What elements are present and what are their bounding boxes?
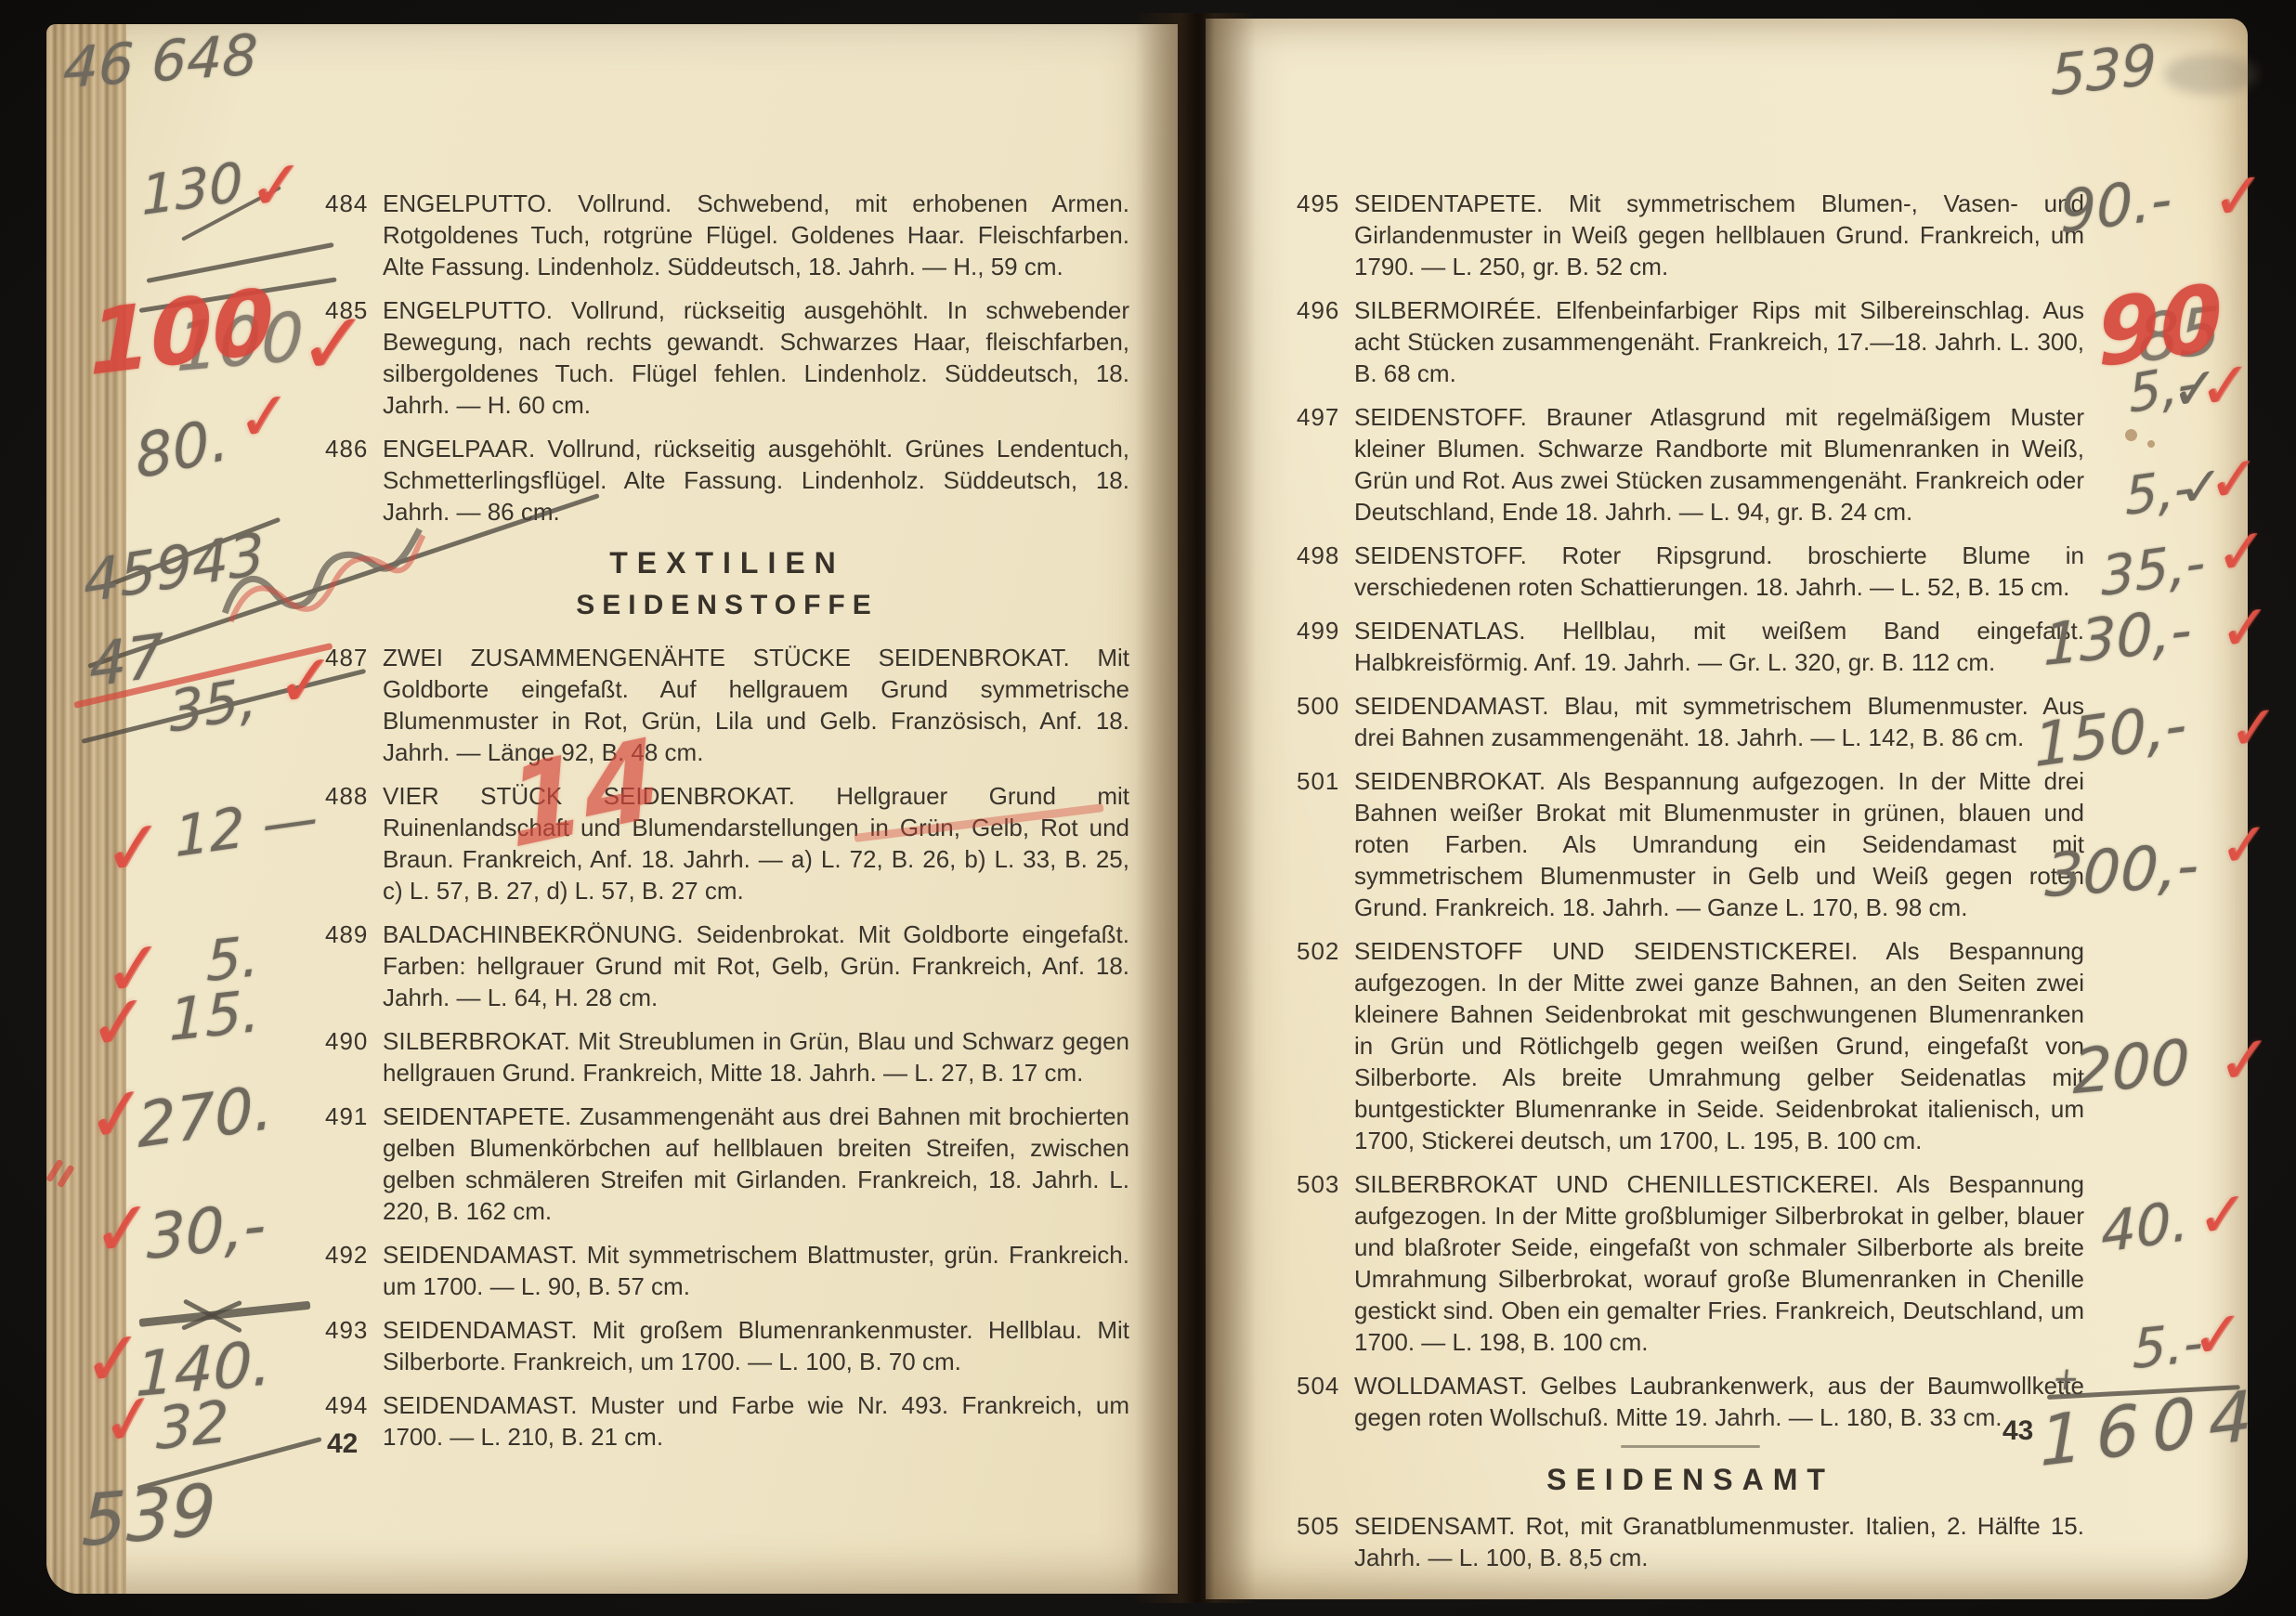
margin-note-price-40: 40. bbox=[2100, 1193, 2190, 1262]
entry-text: SEIDENBROKAT. Als Bespannung aufgezogen.… bbox=[1354, 767, 2084, 921]
catalog-entry-505: 505SEIDENSAMT. Rot, mit Granatblumenmust… bbox=[1297, 1510, 2084, 1573]
checkmark-icon: ✓ bbox=[2216, 520, 2265, 585]
entry-number: 494 bbox=[325, 1389, 383, 1421]
entry-number: 502 bbox=[1297, 935, 1354, 967]
section-divider-rule bbox=[1621, 1445, 1760, 1448]
entry-text: SEIDENSTOFF UND SEIDENSTICKEREI. Als Bes… bbox=[1354, 937, 2084, 1154]
checkmark-icon: ✓ bbox=[103, 809, 164, 888]
checkmark-icon: ✓ bbox=[92, 1190, 153, 1269]
entry-text: SEIDENSTOFF. Brauner Atlasgrund mit rege… bbox=[1354, 403, 2084, 526]
page-number-43: 43 bbox=[2002, 1415, 2033, 1447]
entry-number: 497 bbox=[1297, 401, 1354, 433]
entry-number: 501 bbox=[1297, 765, 1354, 797]
checkmark-icon: ✓ bbox=[88, 984, 150, 1062]
checkmark-icon: ✓ bbox=[2212, 163, 2263, 230]
entry-text: VIER STÜCK SEIDENBROKAT. Hellgrauer Grun… bbox=[383, 782, 1129, 905]
entry-number: 486 bbox=[325, 433, 383, 464]
checkmark-icon: ✓ bbox=[249, 150, 303, 222]
page-number-42: 42 bbox=[327, 1428, 358, 1460]
checkmark-icon: ✓ bbox=[2192, 1302, 2243, 1369]
entry-text: ZWEI ZUSAMMENGENÄHTE STÜCKE SEIDENBROKAT… bbox=[383, 644, 1129, 766]
margin-note-price-270: 270. bbox=[137, 1076, 274, 1157]
entry-number: 504 bbox=[1297, 1370, 1354, 1401]
entry-text: SEIDENDAMAST. Muster und Farbe wie Nr. 4… bbox=[383, 1391, 1129, 1451]
catalog-entry-501: 501SEIDENBROKAT. Als Bespannung aufgezog… bbox=[1297, 765, 2084, 923]
right-text-column: 495SEIDENTAPETE. Mit symmetrischem Blume… bbox=[1297, 188, 2084, 1585]
pencil-smudge bbox=[2164, 54, 2257, 95]
entry-number: 491 bbox=[325, 1101, 383, 1132]
entry-text: SILBERBROKAT UND CHENILLESTICKEREI. Als … bbox=[1354, 1170, 2084, 1356]
right-page: 495SEIDENTAPETE. Mit symmetrischem Blume… bbox=[1206, 19, 2248, 1599]
catalog-entry-491: 491SEIDENTAPETE. Zusammengenäht aus drei… bbox=[325, 1101, 1129, 1227]
catalog-entry-487: 487ZWEI ZUSAMMENGENÄHTE STÜCKE SEIDENBRO… bbox=[325, 642, 1129, 768]
margin-note-price-100-red: 100 bbox=[88, 276, 275, 388]
catalog-entry-499: 499SEIDENATLAS. Hellblau, mit weißem Ban… bbox=[1297, 615, 2084, 678]
entry-number: 495 bbox=[1297, 188, 1354, 219]
entry-number: 488 bbox=[325, 780, 383, 812]
entry-text: SEIDENDAMAST. Mit großem Blumenrankenmus… bbox=[383, 1316, 1129, 1375]
entry-text: SEIDENSAMT. Rot, mit Granatblumenmuster.… bbox=[1354, 1512, 2084, 1571]
entry-number: 503 bbox=[1297, 1168, 1354, 1200]
checkmark-icon: ✓ bbox=[2199, 353, 2250, 420]
catalog-entry-488: 488VIER STÜCK SEIDENBROKAT. Hellgrauer G… bbox=[325, 780, 1129, 906]
entry-number: 496 bbox=[1297, 294, 1354, 326]
paper-stain bbox=[2125, 429, 2137, 441]
checkmark-icon: ✓ bbox=[298, 300, 368, 388]
checkmark-icon: ✓ bbox=[2218, 1027, 2271, 1096]
margin-note-price-35: 35, bbox=[167, 670, 258, 741]
entry-number: 505 bbox=[1297, 1510, 1354, 1542]
entry-text: SILBERMOIRÉE. Elfenbeinfarbiger Rips mit… bbox=[1354, 296, 2084, 387]
checkmark-icon: ✓ bbox=[237, 383, 292, 453]
entry-text: SEIDENATLAS. Hellblau, mit weißem Band e… bbox=[1354, 617, 2084, 676]
checkmark-icon: ✓ bbox=[2209, 448, 2258, 513]
paper-stain bbox=[2147, 440, 2155, 448]
margin-note-price-32: 32 bbox=[156, 1393, 228, 1459]
checkmark-icon: ✓ bbox=[2198, 1183, 2247, 1248]
margin-note-price-80: 80. bbox=[133, 410, 231, 489]
checkmark-icon: ✓ bbox=[2229, 697, 2277, 760]
checkmark-icon: ✓ bbox=[277, 644, 334, 719]
margin-note-price-35: 35,- bbox=[2100, 535, 2206, 604]
catalog-scan: { "document": { "glyphs": { "check": "✓"… bbox=[0, 0, 2296, 1616]
section-title-textilien: TEXTILIEN bbox=[325, 546, 1129, 580]
checkmark-icon: ✓ bbox=[98, 1382, 159, 1458]
margin-note-price-30: 30,- bbox=[147, 1194, 266, 1269]
entry-text: SEIDENDAMAST. Mit symmetrischem Blattmus… bbox=[383, 1241, 1129, 1300]
red-scribble-over-entry-488: 14 bbox=[503, 723, 664, 864]
catalog-entry-496: 496SILBERMOIRÉE. Elfenbeinfarbiger Rips … bbox=[1297, 294, 2084, 389]
entry-number: 492 bbox=[325, 1239, 383, 1271]
margin-note-total-539: 539 bbox=[81, 1474, 216, 1557]
catalog-entry-494: 494SEIDENDAMAST. Muster und Farbe wie Nr… bbox=[325, 1389, 1129, 1453]
catalog-entry-503: 503SILBERBROKAT UND CHENILLESTICKEREI. A… bbox=[1297, 1168, 2084, 1358]
entry-text: ENGELPUTTO. Vollrund. Schwebend, mit erh… bbox=[383, 189, 1129, 280]
catalog-entry-493: 493SEIDENDAMAST. Mit großem Blumenranken… bbox=[325, 1314, 1129, 1377]
entry-number: 484 bbox=[325, 188, 383, 219]
catalog-entry-486: 486ENGELPAAR. Vollrund, rückseitig ausge… bbox=[325, 433, 1129, 528]
margin-note-total-top-539: 539 bbox=[2051, 37, 2157, 104]
catalog-entry-490: 490SILBERBROKAT. Mit Streublumen in Grün… bbox=[325, 1025, 1129, 1088]
catalog-entry-502: 502SEIDENSTOFF UND SEIDENSTICKEREI. Als … bbox=[1297, 935, 2084, 1156]
catalog-entry-495: 495SEIDENTAPETE. Mit symmetrischem Blume… bbox=[1297, 188, 2084, 282]
checkmark-icon: ✓ bbox=[2220, 596, 2269, 661]
margin-note-calc-47: 47 bbox=[88, 627, 165, 697]
entry-text: WOLLDAMAST. Gelbes Laubrankenwerk, aus d… bbox=[1354, 1372, 2084, 1431]
left-text-column: 484ENGELPUTTO. Vollrund. Schwebend, mit … bbox=[325, 188, 1129, 1465]
catalog-entry-492: 492SEIDENDAMAST. Mit symmetrischem Blatt… bbox=[325, 1239, 1129, 1302]
margin-note-price-90: 90.- bbox=[2059, 170, 2172, 241]
entry-number: 500 bbox=[1297, 690, 1354, 722]
catalog-entry-485: 485ENGELPUTTO. Vollrund, rückseitig ausg… bbox=[325, 294, 1129, 421]
entry-text: SEIDENTAPETE. Mit symmetrischem Blumen-,… bbox=[1354, 189, 2084, 280]
catalog-entry-498: 498SEIDENSTOFF. Roter Ripsgrund. broschi… bbox=[1297, 540, 2084, 603]
entry-text: SILBERBROKAT. Mit Streublumen in Grün, B… bbox=[383, 1027, 1129, 1087]
checkmark-icon: ✓ bbox=[2220, 814, 2268, 877]
entry-number: 498 bbox=[1297, 540, 1354, 571]
entry-number: 489 bbox=[325, 919, 383, 950]
margin-note-inventory-code: 46 648 bbox=[62, 27, 259, 97]
catalog-entry-504: 504WOLLDAMAST. Gelbes Laubrankenwerk, au… bbox=[1297, 1370, 2084, 1433]
margin-note-price-200: 200 bbox=[2072, 1032, 2190, 1103]
margin-note-price-15: 15. bbox=[169, 983, 260, 1050]
catalog-entry-484: 484ENGELPUTTO. Vollrund. Schwebend, mit … bbox=[325, 188, 1129, 282]
section-title-seidensamt: SEIDENSAMT bbox=[1297, 1463, 2084, 1497]
catalog-entry-500: 500SEIDENDAMAST. Blau, mit symmetrischem… bbox=[1297, 690, 2084, 753]
catalog-entry-497: 497SEIDENSTOFF. Brauner Atlasgrund mit r… bbox=[1297, 401, 2084, 528]
margin-note-plus-sign: + bbox=[2051, 1363, 2081, 1395]
entry-text: ENGELPUTTO. Vollrund, rückseitig ausgehö… bbox=[383, 296, 1129, 419]
entry-text: SEIDENDAMAST. Blau, mit symmetrischem Bl… bbox=[1354, 692, 2084, 751]
margin-note-price-130: 130,- bbox=[2043, 601, 2192, 674]
section-subtitle-seidenstoffe: SEIDENSTOFFE bbox=[325, 590, 1129, 621]
margin-note-price-130: 130 bbox=[140, 154, 244, 223]
entry-number: 493 bbox=[325, 1314, 383, 1346]
margin-note-price-300: 300,- bbox=[2044, 836, 2199, 906]
entry-text: SEIDENTAPETE. Zusammengenäht aus drei Ba… bbox=[383, 1102, 1129, 1225]
entry-number: 490 bbox=[325, 1025, 383, 1057]
entry-text: SEIDENSTOFF. Roter Ripsgrund. broschiert… bbox=[1354, 541, 2084, 601]
entry-text: BALDACHINBEKRÖNUNG. Seidenbrokat. Mit Go… bbox=[383, 920, 1129, 1011]
catalog-entry-489: 489BALDACHINBEKRÖNUNG. Seidenbrokat. Mit… bbox=[325, 919, 1129, 1013]
entry-number: 499 bbox=[1297, 615, 1354, 646]
entry-text: ENGELPAAR. Vollrund, rückseitig ausgehöh… bbox=[383, 435, 1129, 526]
